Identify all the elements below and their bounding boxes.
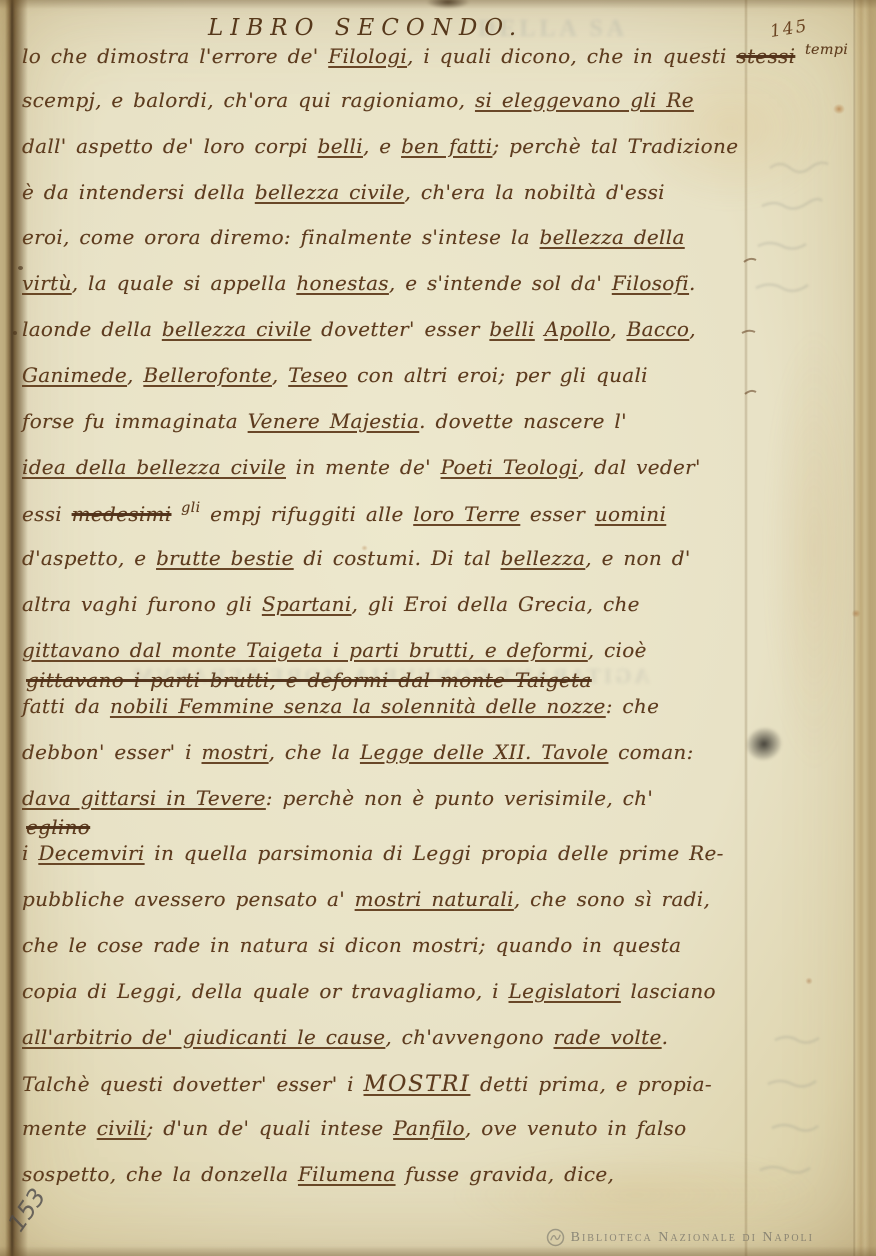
underlined-text: Panfilo bbox=[393, 1116, 465, 1140]
folio-number: 145 bbox=[769, 16, 810, 42]
handwritten-text: debbon' esser' i bbox=[22, 740, 202, 764]
underlined-text: belli bbox=[489, 317, 534, 341]
underlined-text: Legge delle XII. Tavole bbox=[360, 740, 608, 764]
underlined-text: mostri bbox=[202, 740, 269, 764]
library-watermark-label: Biblioteca Nazionale di Napoli bbox=[571, 1230, 814, 1246]
handwritten-text: Talchè questi dovetter' esser' i bbox=[22, 1072, 364, 1096]
underlined-text: MOSTRI bbox=[364, 1071, 471, 1097]
handwritten-text: copia di Leggi, della quale or travaglia… bbox=[22, 979, 509, 1003]
manuscript-line: Ganimede, Bellerofonte, Teseo con altri … bbox=[22, 363, 746, 409]
strikethrough-text: stessi bbox=[736, 44, 795, 68]
manuscript-line: virtù, la quale si appella honestas, e s… bbox=[22, 271, 746, 317]
handwritten-text: , i quali dicono, che in questi bbox=[407, 44, 736, 68]
handwritten-text: empj rifuggiti alle bbox=[201, 502, 414, 526]
underlined-text: gittavano dal monte Taigeta i parti brut… bbox=[22, 638, 588, 662]
handwritten-text: forse fu immaginata bbox=[22, 409, 248, 433]
manuscript-page-scan: DELLA SA AGITABANT CONNVBIA MORE FERARVM… bbox=[0, 0, 876, 1256]
manuscript-line: mente civili; d'un de' quali intese Panf… bbox=[22, 1116, 746, 1162]
underlined-text: uomini bbox=[595, 502, 666, 526]
handwritten-text: di costumi. Di tal bbox=[294, 546, 501, 570]
manuscript-line: eroi, come orora diremo: finalmente s'in… bbox=[22, 225, 746, 271]
underlined-text: Ganimede bbox=[22, 363, 127, 387]
manuscript-line: laonde della bellezza civile dovetter' e… bbox=[22, 317, 746, 363]
handwritten-text bbox=[795, 44, 805, 68]
underlined-text: idea della bellezza civile bbox=[22, 455, 286, 479]
underlined-text: mostri naturali bbox=[355, 887, 514, 911]
underlined-text: Spartani bbox=[262, 592, 352, 616]
handwritten-text: , cioè bbox=[588, 638, 647, 662]
page-edge-right bbox=[853, 0, 876, 1256]
manuscript-line: scempj, e balordi, ch'ora qui ragioniamo… bbox=[22, 88, 746, 134]
handwritten-text: , e non d' bbox=[585, 546, 690, 570]
underlined-text: rade volte bbox=[554, 1025, 662, 1049]
handwritten-text: , ove venuto in falso bbox=[465, 1116, 687, 1140]
underlined-text: nobili Femmine senza la solennità delle … bbox=[110, 694, 606, 718]
underlined-text: Filosofi bbox=[612, 271, 689, 295]
manuscript-line: essi medesimi gli empj rifuggiti alle lo… bbox=[22, 500, 746, 546]
handwritten-text: ; perchè tal Tradizione bbox=[492, 134, 738, 158]
manuscript-line: altra vaghi furono gli Spartani, gli Ero… bbox=[22, 592, 746, 638]
handwritten-text: , e s'intende sol da' bbox=[389, 271, 612, 295]
handwritten-text: : che bbox=[606, 694, 660, 718]
underlined-text: dava gittarsi in Tevere bbox=[22, 786, 266, 810]
handwritten-text bbox=[172, 502, 182, 526]
handwritten-text: d'aspetto, e bbox=[22, 546, 156, 570]
underlined-text: civili bbox=[97, 1116, 147, 1140]
underlined-text: Venere Majestia bbox=[248, 409, 419, 433]
handwritten-text: , e bbox=[363, 134, 401, 158]
handwritten-text: , dal veder' bbox=[578, 455, 701, 479]
manuscript-line: Talchè questi dovetter' esser' i MOSTRI … bbox=[22, 1071, 746, 1117]
underlined-text: ben fatti bbox=[401, 134, 492, 158]
manuscript-line: sospetto, che la donzella Filumena fusse… bbox=[22, 1162, 746, 1208]
handwritten-text: : perchè non è punto verisimile, ch' bbox=[266, 786, 653, 810]
handwritten-text: che le cose rade in natura si dicon most… bbox=[22, 933, 681, 957]
underlined-text: brutte bestie bbox=[156, 546, 294, 570]
manuscript-line: copia di Leggi, della quale or travaglia… bbox=[22, 979, 746, 1025]
handwritten-text: con altri eroi; per gli quali bbox=[348, 363, 648, 387]
handwritten-text: lasciano bbox=[621, 979, 716, 1003]
page-edge-bottom bbox=[0, 1246, 876, 1256]
manuscript-line: dall' aspetto de' loro corpi belli, e be… bbox=[22, 134, 746, 180]
manuscript-line: è da intendersi della bellezza civile, c… bbox=[22, 180, 746, 226]
underlined-text: all'arbitrio de' giudicanti le cause bbox=[22, 1025, 385, 1049]
underlined-text: Filumena bbox=[298, 1162, 396, 1186]
handwritten-text: tempi bbox=[805, 42, 848, 58]
manuscript-line: gittavano i parti brutti, e deformi dal … bbox=[22, 668, 746, 694]
manuscript-text: lo che dimostra l'errore de' Filologi, i… bbox=[22, 42, 746, 1208]
strikethrough-text: medesimi bbox=[72, 502, 172, 526]
underlined-text: Apollo bbox=[544, 317, 610, 341]
handwritten-text: , bbox=[689, 317, 696, 341]
manuscript-line: d'aspetto, e brutte bestie di costumi. D… bbox=[22, 546, 746, 592]
handwritten-text: . bbox=[662, 1025, 669, 1049]
handwritten-text: in mente de' bbox=[286, 455, 441, 479]
manuscript-line: forse fu immaginata Venere Majestia. dov… bbox=[22, 409, 746, 455]
manuscript-line: all'arbitrio de' giudicanti le cause, ch… bbox=[22, 1025, 746, 1071]
underlined-text: Legislatori bbox=[509, 979, 621, 1003]
handwritten-text: , ch'avvengono bbox=[385, 1025, 553, 1049]
handwritten-text: pubbliche avessero pensato a' bbox=[22, 887, 355, 911]
underlined-text: Decemviri bbox=[38, 841, 144, 865]
manuscript-line: pubbliche avessero pensato a' mostri nat… bbox=[22, 887, 746, 933]
handwritten-text: dall' aspetto de' loro corpi bbox=[22, 134, 318, 158]
handwritten-text: altra vaghi furono gli bbox=[22, 592, 262, 616]
handwritten-text bbox=[535, 317, 545, 341]
handwritten-text: eroi, come orora diremo: finalmente s'in… bbox=[22, 225, 540, 249]
handwritten-text: , bbox=[272, 363, 288, 387]
book-title-header: LIBRO SECONDO. bbox=[208, 15, 523, 41]
handwritten-text: in quella parsimonia di Leggi propia del… bbox=[145, 841, 724, 865]
underlined-text: Filologi bbox=[328, 44, 407, 68]
handwritten-text: . bbox=[689, 271, 696, 295]
handwritten-text: dovetter' esser bbox=[312, 317, 490, 341]
handwritten-text: fatti da bbox=[22, 694, 110, 718]
underlined-text: virtù bbox=[22, 271, 72, 295]
underlined-text: bellezza civile bbox=[255, 180, 405, 204]
underlined-text: bellezza civile bbox=[162, 317, 312, 341]
handwritten-text: , bbox=[610, 317, 626, 341]
handwritten-text: laonde della bbox=[22, 317, 162, 341]
manuscript-line: fatti da nobili Femmine senza la solenni… bbox=[22, 694, 746, 740]
underlined-text: honestas bbox=[296, 271, 389, 295]
underlined-text: bellezza bbox=[501, 546, 586, 570]
foxing-spot bbox=[831, 102, 847, 116]
handwritten-text: , che sono sì radi, bbox=[514, 887, 710, 911]
strikethrough-text: eglino bbox=[26, 815, 90, 839]
underlined-text: loro Terre bbox=[413, 502, 520, 526]
handwritten-text: , ch'era la nobiltà d'essi bbox=[405, 180, 665, 204]
handwritten-text: i bbox=[22, 841, 38, 865]
handwritten-text: , gli Eroi della Grecia, che bbox=[352, 592, 640, 616]
underlined-text: belli bbox=[318, 134, 363, 158]
handwritten-text: essi bbox=[22, 502, 72, 526]
manuscript-line: i Decemviri in quella parsimonia di Legg… bbox=[22, 841, 746, 887]
handwritten-text: sospetto, che la donzella bbox=[22, 1162, 298, 1186]
library-watermark: Biblioteca Nazionale di Napoli bbox=[546, 1228, 814, 1247]
underlined-text: si eleggevano gli Re bbox=[475, 88, 694, 112]
strikethrough-text: gittavano i parti brutti, e deformi dal … bbox=[26, 668, 592, 692]
underlined-text: bellezza della bbox=[540, 225, 685, 249]
manuscript-line: che le cose rade in natura si dicon most… bbox=[22, 933, 746, 979]
handwritten-text: detti prima, e propia- bbox=[470, 1072, 712, 1096]
underlined-text: Poeti Teologi bbox=[441, 455, 579, 479]
handwritten-text: , la quale si appella bbox=[72, 271, 297, 295]
manuscript-line: lo che dimostra l'errore de' Filologi, i… bbox=[22, 42, 746, 88]
underlined-text: Teseo bbox=[288, 363, 347, 387]
underlined-text: Bacco bbox=[627, 317, 690, 341]
handwritten-text: è da intendersi della bbox=[22, 180, 255, 204]
handwritten-text: fusse gravida, dice, bbox=[396, 1162, 615, 1186]
handwritten-text: scempj, e balordi, ch'ora qui ragioniamo… bbox=[22, 88, 475, 112]
handwritten-text: esser bbox=[520, 502, 595, 526]
handwritten-text: lo che dimostra l'errore de' bbox=[22, 44, 328, 68]
handwritten-text: gli bbox=[181, 500, 200, 516]
underlined-text: Bellerofonte bbox=[143, 363, 272, 387]
manuscript-line: eglino bbox=[22, 815, 746, 841]
handwritten-text: mente bbox=[22, 1116, 97, 1140]
foxing-spot bbox=[804, 976, 814, 986]
library-logo-icon bbox=[546, 1228, 565, 1247]
handwritten-text: , bbox=[127, 363, 143, 387]
manuscript-line: debbon' esser' i mostri, che la Legge de… bbox=[22, 740, 746, 786]
handwritten-text: , che la bbox=[269, 740, 360, 764]
handwritten-text: coman: bbox=[608, 740, 693, 764]
handwritten-text: . dovette nascere l' bbox=[419, 409, 627, 433]
manuscript-line: idea della bellezza civile in mente de' … bbox=[22, 455, 746, 501]
handwritten-text: ; d'un de' quali intese bbox=[147, 1116, 394, 1140]
